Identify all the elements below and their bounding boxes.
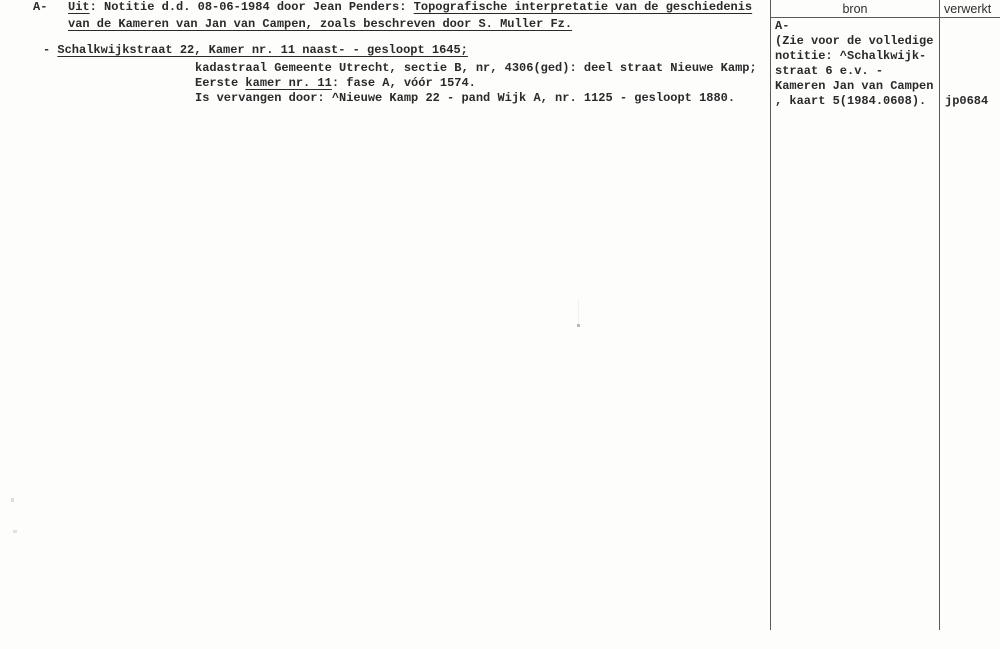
scan-streak xyxy=(578,300,579,326)
verwerkt-value: jp0684 xyxy=(945,94,988,108)
bron-cell: A- (Zie voor de volledige notitie: ^Scha… xyxy=(775,19,937,109)
intro-text: : Notitie d.d. 08-06-1984 door Jean Pend… xyxy=(90,0,414,14)
item-title-line: - Schalkwijkstraat 22, Kamer nr. 11 naas… xyxy=(43,44,468,57)
uit-label: Uit xyxy=(68,0,90,14)
bron-line: , kaart 5(1984.0608). xyxy=(775,94,937,109)
bron-line: Kameren Jan van Campen xyxy=(775,79,937,94)
column-header-bron: bron xyxy=(771,2,939,16)
bron-line: (Zie voor de volledige xyxy=(775,34,937,49)
item-title: Schalkwijkstraat 22, Kamer nr. 11 naast-… xyxy=(57,43,467,57)
column-header-verwerkt: verwerkt xyxy=(944,2,991,16)
entry-label: A- xyxy=(33,1,47,14)
scan-speck xyxy=(577,324,580,327)
phase-prefix: Eerste xyxy=(195,76,245,90)
entry-header-line2: van de Kameren van Jan van Campen, zoals… xyxy=(68,18,572,31)
entry-header-line1: Uit: Notitie d.d. 08-06-1984 door Jean P… xyxy=(68,1,752,14)
item-bullet: - xyxy=(43,43,57,57)
bron-line: notitie: ^Schalkwijk- xyxy=(775,49,937,64)
table-rule-middle xyxy=(939,0,940,630)
bron-line: straat 6 e.v. - xyxy=(775,64,937,79)
report-title: Topografische interpretatie van de gesch… xyxy=(414,0,752,14)
item-phase-line: Eerste kamer nr. 11: fase A, vóór 1574. xyxy=(195,77,476,90)
table-rule-left xyxy=(770,0,771,630)
item-cadastral-line: kadastraal Gemeente Utrecht, sectie B, n… xyxy=(195,62,757,75)
phase-rest: : fase A, vóór 1574. xyxy=(332,76,476,90)
archive-card-scan: A- Uit: Notitie d.d. 08-06-1984 door Jea… xyxy=(0,0,1000,649)
phase-ref: kamer nr. 11 xyxy=(245,76,331,90)
scan-speck xyxy=(13,530,17,533)
bron-line: A- xyxy=(775,19,937,34)
scan-speck xyxy=(11,498,14,502)
item-replaced-line: Is vervangen door: ^Nieuwe Kamp 22 - pan… xyxy=(195,92,735,105)
table-header-rule xyxy=(770,17,1000,18)
